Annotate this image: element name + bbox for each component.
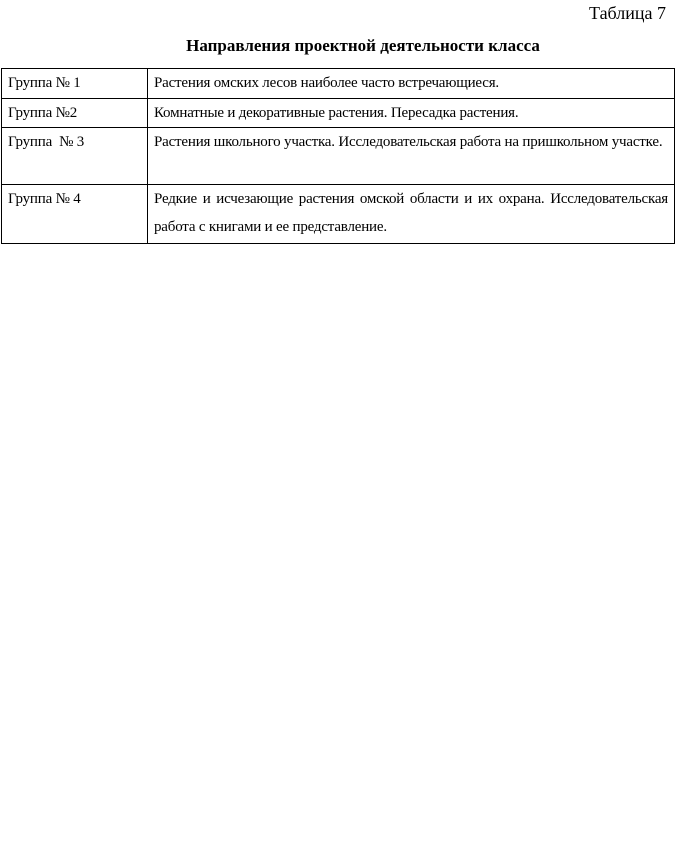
project-directions-table: Группа № 1 Растения омских лесов наиболе… bbox=[1, 68, 675, 244]
description-cell: Растения омских лесов наиболее часто вст… bbox=[148, 69, 675, 99]
table-row: Группа № 4 Редкие и исчезающие растения … bbox=[2, 185, 675, 244]
group-cell: Группа № 1 bbox=[2, 69, 148, 99]
description-cell: Растения школьного участка. Исследовател… bbox=[148, 128, 675, 185]
group-cell: Группа №2 bbox=[2, 99, 148, 128]
table-row: Группа № 3 Растения школьного участка. И… bbox=[2, 128, 675, 185]
group-cell: Группа № 4 bbox=[2, 185, 148, 244]
description-cell: Редкие и исчезающие растения омской обла… bbox=[148, 185, 675, 244]
group-cell: Группа № 3 bbox=[2, 128, 148, 185]
table-row: Группа № 1 Растения омских лесов наиболе… bbox=[2, 69, 675, 99]
table-row: Группа №2 Комнатные и декоративные расте… bbox=[2, 99, 675, 128]
description-cell: Комнатные и декоративные растения. Перес… bbox=[148, 99, 675, 128]
table-number-label: Таблица 7 bbox=[589, 2, 666, 24]
table-title: Направления проектной деятельности класс… bbox=[0, 35, 676, 57]
